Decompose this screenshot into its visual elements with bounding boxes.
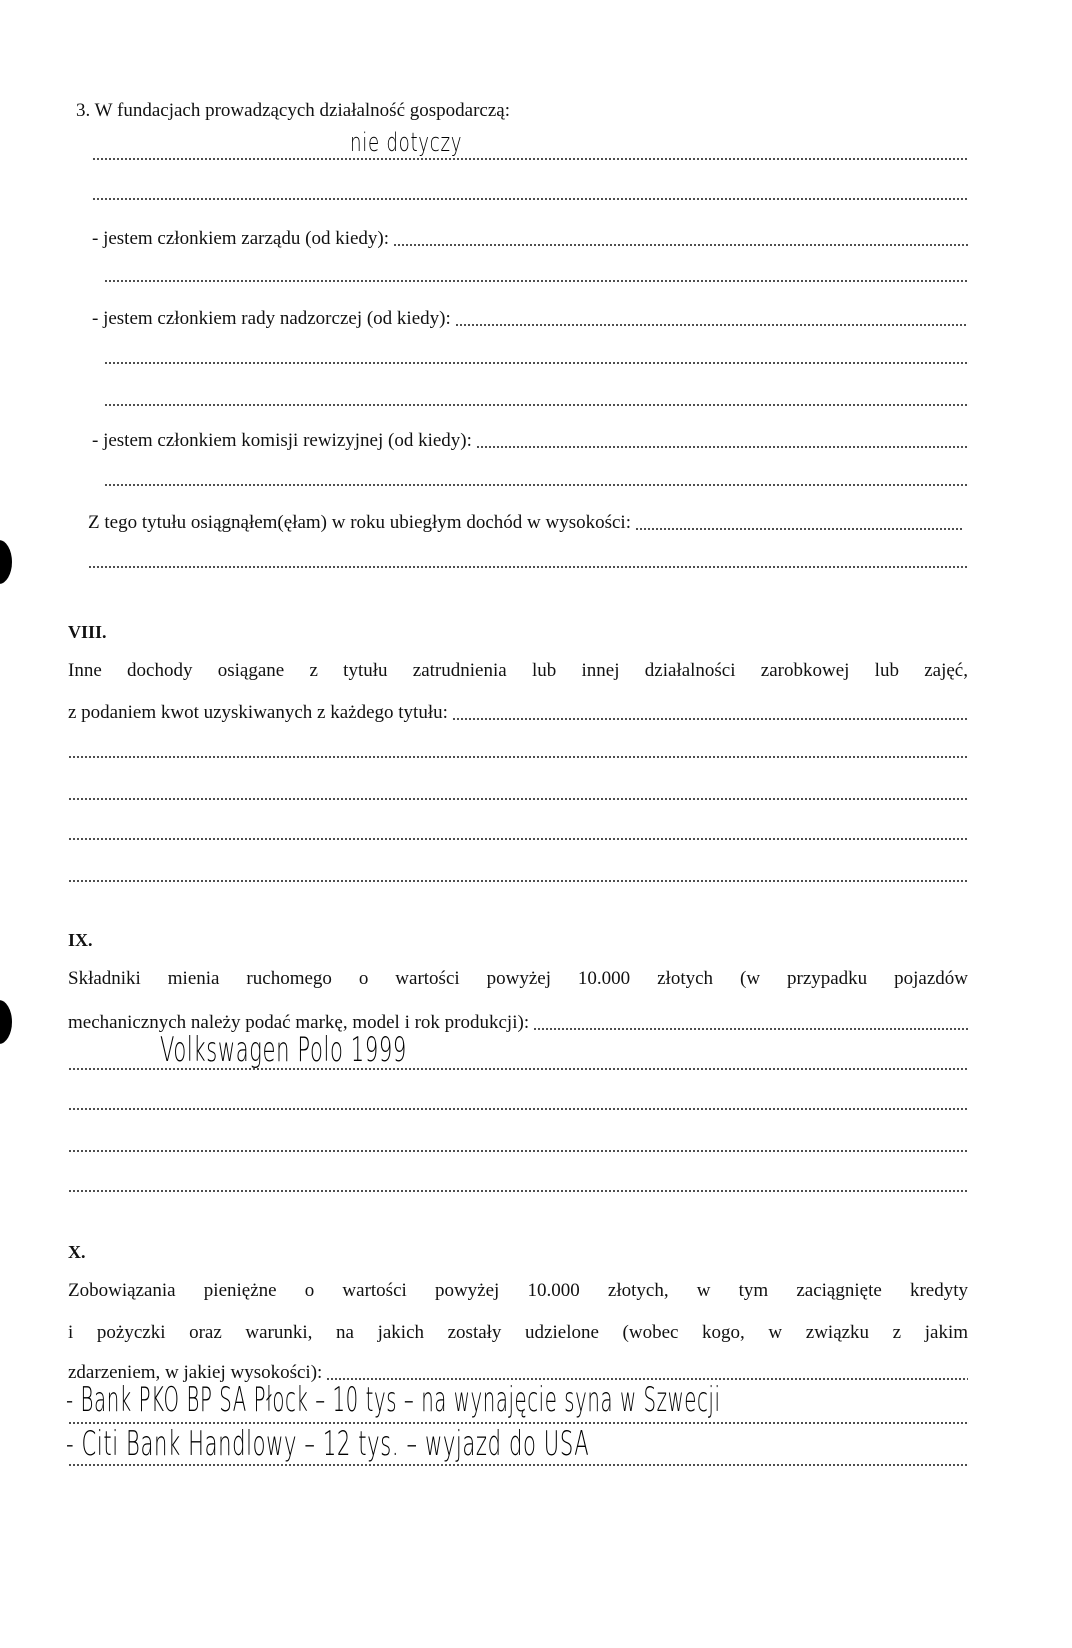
answer-line[interactable]: [68, 838, 968, 840]
answer-line[interactable]: [68, 880, 968, 882]
section-viii-text-line1: Inne dochody osiągane z tytułu zatrudnie…: [68, 660, 968, 682]
section-x-text-line2: i pożyczki oraz warunki, na jakich zosta…: [68, 1322, 968, 1344]
answer-line[interactable]: [68, 1150, 968, 1152]
answer-line[interactable]: [104, 404, 968, 406]
handwritten-liability-1: - Bank PKO BP SA Płock – 10 tys – na wyn…: [66, 1380, 721, 1420]
movable-property-line[interactable]: [533, 1028, 968, 1030]
section-ix-heading: IX.: [68, 930, 93, 951]
supervisory-member-line[interactable]: [455, 324, 968, 326]
income-label: Z tego tytułu osiągnąłem(ęłam) w roku ub…: [88, 512, 631, 534]
answer-line[interactable]: [68, 756, 968, 758]
other-income-field: z podaniem kwot uzyskiwanych z każdego t…: [68, 702, 968, 724]
answer-line[interactable]: [104, 280, 968, 282]
answer-line[interactable]: [68, 1068, 968, 1070]
answer-line[interactable]: [92, 158, 968, 160]
handwritten-liability-2: - Citi Bank Handlowy – 12 tys. – wyjazd …: [66, 1424, 589, 1464]
board-member-field: - jestem członkiem zarządu (od kiedy):: [92, 228, 968, 250]
section-x-text-line1: Zobowiązania pieniężne o wartości powyże…: [68, 1280, 968, 1302]
answer-line[interactable]: [68, 1108, 968, 1110]
supervisory-member-label: - jestem członkiem rady nadzorczej (od k…: [92, 308, 451, 330]
other-income-label: z podaniem kwot uzyskiwanych z każdego t…: [68, 702, 448, 724]
answer-line[interactable]: [68, 798, 968, 800]
handwritten-vehicle: Volkswagen Polo 1999: [160, 1030, 407, 1070]
punch-hole: [0, 540, 12, 584]
section-x-heading: X.: [68, 1242, 86, 1263]
supervisory-member-field: - jestem członkiem rady nadzorczej (od k…: [92, 308, 968, 330]
section-viii-heading: VIII.: [68, 622, 107, 643]
audit-member-field: - jestem członkiem komisji rewizyjnej (o…: [92, 430, 968, 452]
income-line[interactable]: [635, 528, 964, 530]
other-income-line[interactable]: [452, 718, 968, 720]
audit-member-line[interactable]: [476, 446, 968, 448]
answer-line[interactable]: [68, 1190, 968, 1192]
section-ix-text-line1: Składniki mienia ruchomego o wartości po…: [68, 968, 968, 990]
punch-hole: [0, 1000, 12, 1044]
answer-line[interactable]: [88, 566, 968, 568]
board-member-line[interactable]: [393, 244, 968, 246]
answer-line[interactable]: [68, 1464, 968, 1466]
answer-line[interactable]: [92, 198, 968, 200]
answer-line[interactable]: [104, 362, 968, 364]
audit-member-label: - jestem członkiem komisji rewizyjnej (o…: [92, 430, 472, 452]
section-3-title: 3. W fundacjach prowadzących działalność…: [76, 100, 510, 122]
board-member-label: - jestem członkiem zarządu (od kiedy):: [92, 228, 389, 250]
income-field: Z tego tytułu osiągnąłem(ęłam) w roku ub…: [88, 512, 964, 534]
handwritten-not-applicable: nie dotyczy: [350, 128, 462, 158]
answer-line[interactable]: [104, 484, 968, 486]
